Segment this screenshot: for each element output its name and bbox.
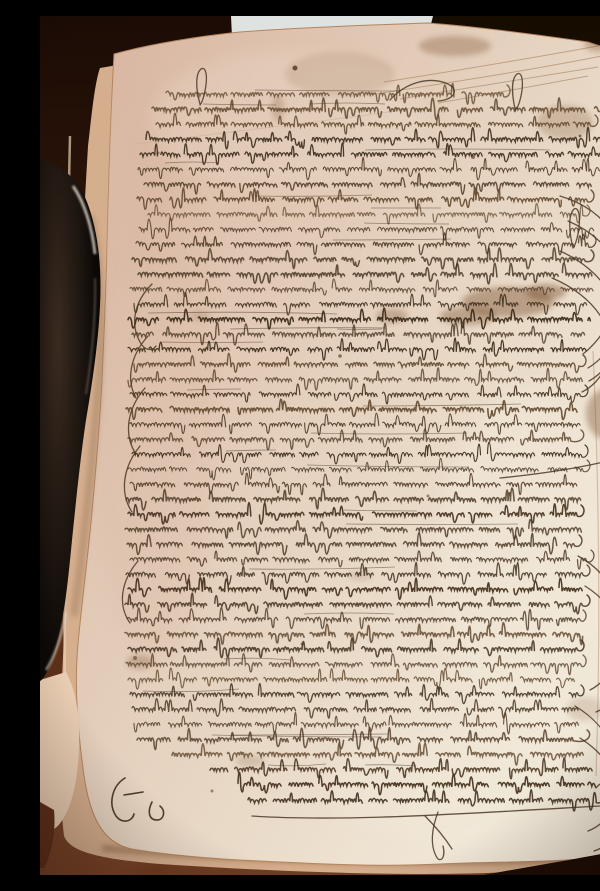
manuscript-photo: Photograph of a single aged manuscript p… [40,16,600,875]
manuscript-photo-canvas [40,16,600,875]
photo-vignette [40,16,600,875]
